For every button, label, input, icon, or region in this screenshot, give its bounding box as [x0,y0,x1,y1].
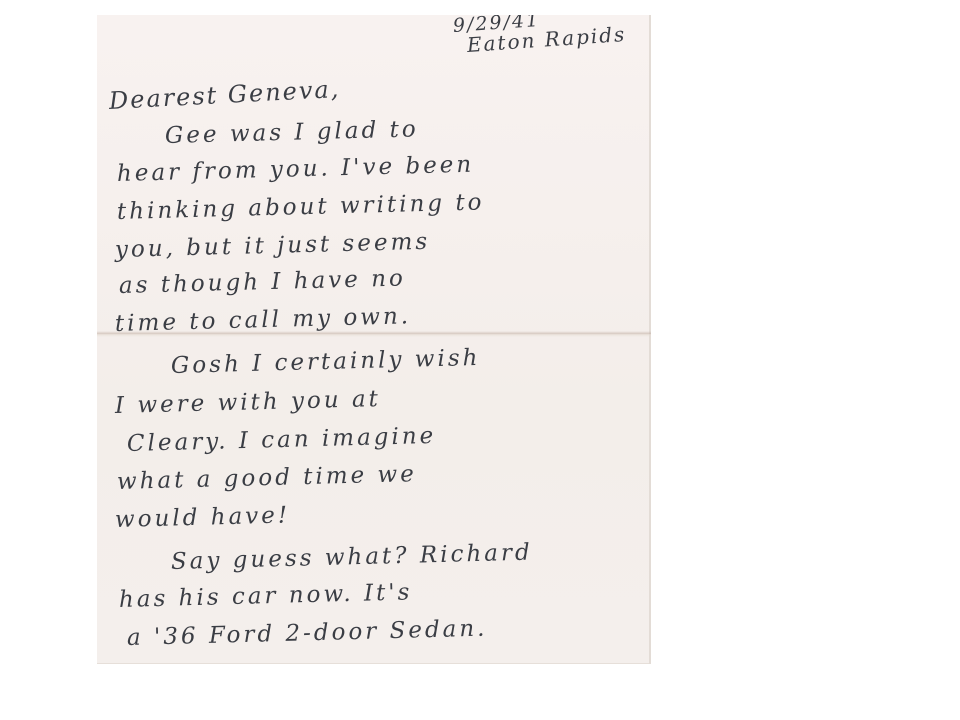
letter-line: you, but it just seems [115,229,431,263]
letter-line: has his car now. It's [119,579,413,613]
letter-line: what a good time we [117,461,417,495]
letter-line: a '36 Ford 2-door Sedan. [127,616,488,651]
salutation: Dearest Geneva, [108,75,341,115]
letter-line: thinking about writing to [117,189,485,225]
letter-line: would have! [115,502,291,533]
letter-line: Cleary. I can imagine [127,423,437,457]
letter-line: Gosh I certainly wish [171,345,481,379]
letter-page: 9/29/41 Eaton Rapids Dearest Geneva, Gee… [97,15,651,664]
letter-line: I were with you at [115,386,382,419]
letter-line: as though I have no [119,265,406,299]
letter-line: hear from you. I've been [117,152,475,187]
letter-line: Gee was I glad to [165,116,419,149]
scan-canvas: 9/29/41 Eaton Rapids Dearest Geneva, Gee… [0,0,960,720]
letter-line: Say guess what? Richard [171,540,533,575]
